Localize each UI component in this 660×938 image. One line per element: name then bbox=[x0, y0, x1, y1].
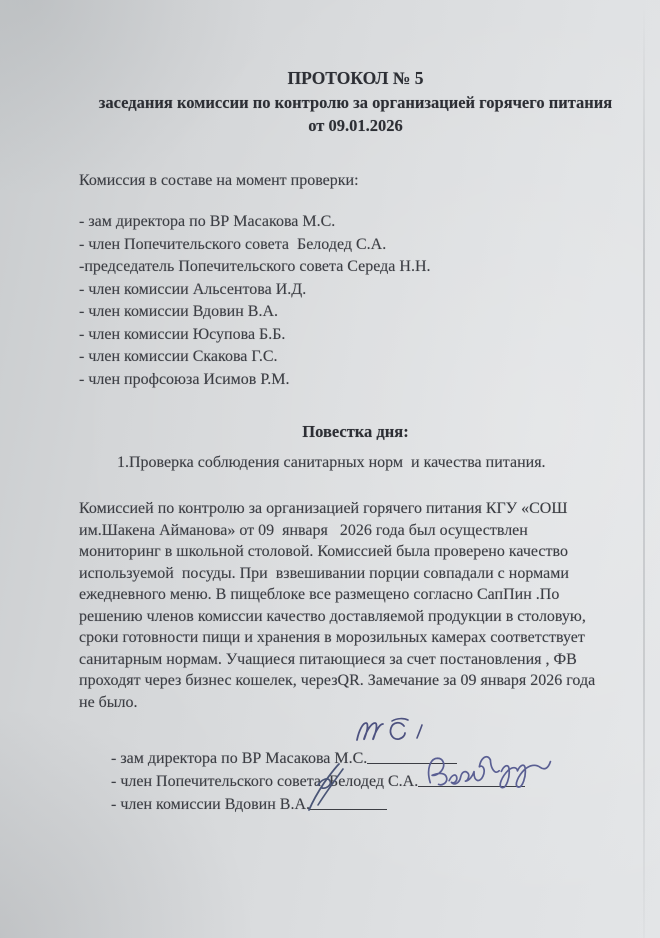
body-line: проходят через бизнес кошелек, черезQR. … bbox=[79, 670, 632, 692]
commission-members-list: - зам директора по ВР Масакова М.С. - чл… bbox=[79, 211, 632, 391]
member-item: - член комиссии Вдовин В.А. bbox=[79, 301, 632, 324]
signature-row-masakova: - зам директора по ВР Масакова М.С. bbox=[79, 724, 632, 747]
member-item: -председатель Попечительского совета Сер… bbox=[79, 256, 632, 279]
body-line: ежедневного меню. В пищеблоке все размещ… bbox=[79, 584, 632, 606]
masakova-handwritten-signature bbox=[351, 713, 433, 749]
body-line: сроки готовности пищи и хранения в мороз… bbox=[79, 627, 632, 649]
scanned-document-photo: ПРОТОКОЛ № 5 заседания комиссии по контр… bbox=[0, 0, 660, 938]
commission-intro: Комиссия в составе на момент проверки: bbox=[79, 170, 632, 192]
member-item: - член профсоюза Исимов Р.М. bbox=[79, 369, 632, 392]
body-line: им.Шакена Айманова» от 09 января 2026 го… bbox=[79, 520, 632, 542]
member-item: - член комиссии Скакова Г.С. bbox=[79, 346, 632, 369]
document-date: от 09.01.2026 bbox=[79, 114, 632, 137]
agenda-heading: Повестка дня: bbox=[79, 420, 632, 443]
document-subtitle: заседания комиссии по контролю за органи… bbox=[79, 91, 632, 114]
member-item: - зам директора по ВР Масакова М.С. bbox=[79, 211, 632, 234]
signature-row-beloded: - член Попечительского совета Белодед С.… bbox=[79, 747, 632, 770]
body-line: санитарным нормам. Учащиеся питающиеся з… bbox=[79, 649, 632, 671]
member-item: - член комиссии Юсупова Б.Б. bbox=[79, 324, 632, 347]
document-title: ПРОТОКОЛ № 5 bbox=[79, 66, 632, 90]
member-item: - член Попечительского совета Белодед С.… bbox=[79, 234, 632, 257]
body-line: используемой посуды. При взвешивании пор… bbox=[79, 563, 632, 585]
signature-line bbox=[310, 795, 387, 810]
document-page: ПРОТОКОЛ № 5 заседания комиссии по контр… bbox=[79, 66, 632, 793]
body-line: решению членов комиссии качество доставл… bbox=[79, 606, 632, 628]
agenda-item: 1.Проверка соблюдения санитарных норм и … bbox=[79, 452, 632, 474]
body-line: не было. bbox=[79, 692, 632, 714]
signature-row-vdovin: - член комиссии Вдовин В.А. bbox=[79, 770, 632, 793]
signature-block: - зам директора по ВР Масакова М.С. - чл… bbox=[79, 724, 632, 793]
body-line: Комиссией по контролю за организацией го… bbox=[79, 498, 632, 520]
member-item: - член комиссии Альсентова И.Д. bbox=[79, 279, 632, 302]
signature-label: - член комиссии Вдовин В.А. bbox=[111, 796, 310, 813]
protocol-body: Комиссией по контролю за организацией го… bbox=[79, 498, 632, 713]
body-line: мониторинг в школьной столовой. Комиссие… bbox=[79, 541, 632, 563]
